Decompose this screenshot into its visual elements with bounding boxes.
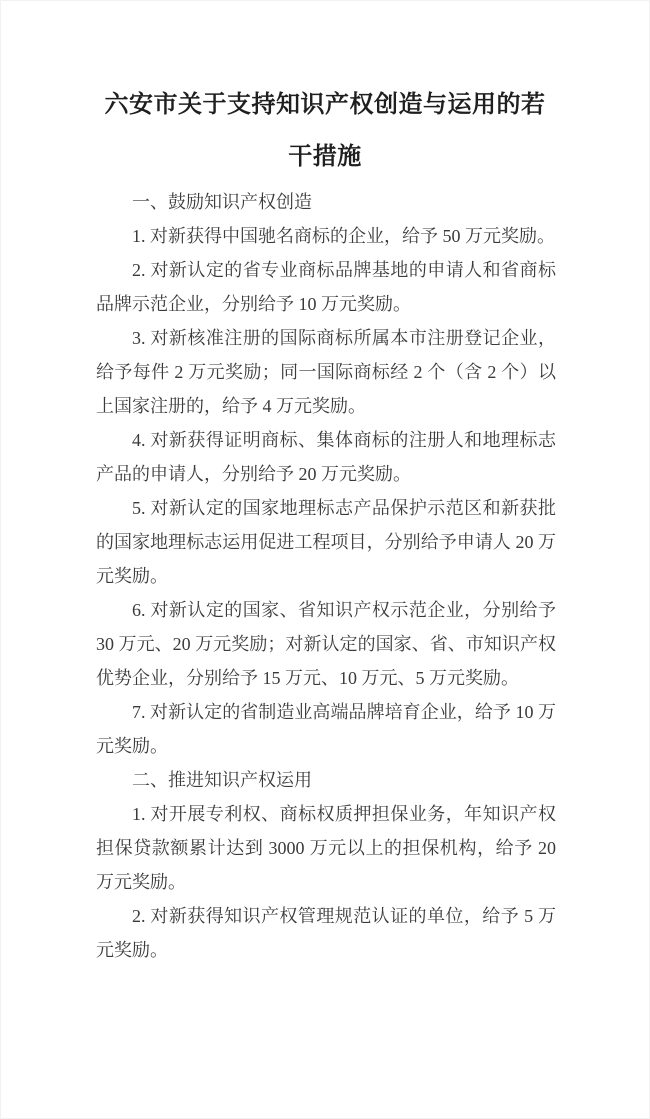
paragraph: 1. 对开展专利权、商标权质押担保业务，年知识产权担保贷款额累计达到 3000 … (96, 797, 556, 899)
document-body: 一、鼓励知识产权创造1. 对新获得中国驰名商标的企业，给予 50 万元奖励。2.… (96, 185, 556, 967)
paragraph: 5. 对新认定的国家地理标志产品保护示范区和新获批的国家地理标志运用促进工程项目… (96, 491, 556, 593)
section-heading: 一、鼓励知识产权创造 (96, 185, 556, 219)
paragraph: 1. 对新获得中国驰名商标的企业，给予 50 万元奖励。 (96, 219, 556, 253)
section-heading: 二、推进知识产权运用 (96, 763, 556, 797)
page-title: 六安市关于支持知识产权创造与运用的若干措施 (99, 79, 551, 183)
paragraph: 7. 对新认定的省制造业高端品牌培育企业，给予 10 万元奖励。 (96, 695, 556, 763)
paragraph: 2. 对新认定的省专业商标品牌基地的申请人和省商标品牌示范企业，分别给予 10 … (96, 253, 556, 321)
paragraph: 6. 对新认定的国家、省知识产权示范企业，分别给予 30 万元、20 万元奖励；… (96, 593, 556, 695)
document-page: 六安市关于支持知识产权创造与运用的若干措施 一、鼓励知识产权创造1. 对新获得中… (0, 0, 650, 1119)
paragraph: 4. 对新获得证明商标、集体商标的注册人和地理标志产品的申请人，分别给予 20 … (96, 423, 556, 491)
paragraph: 2. 对新获得知识产权管理规范认证的单位，给予 5 万元奖励。 (96, 899, 556, 967)
paragraph: 3. 对新核准注册的国际商标所属本市注册登记企业，给予每件 2 万元奖励；同一国… (96, 321, 556, 423)
